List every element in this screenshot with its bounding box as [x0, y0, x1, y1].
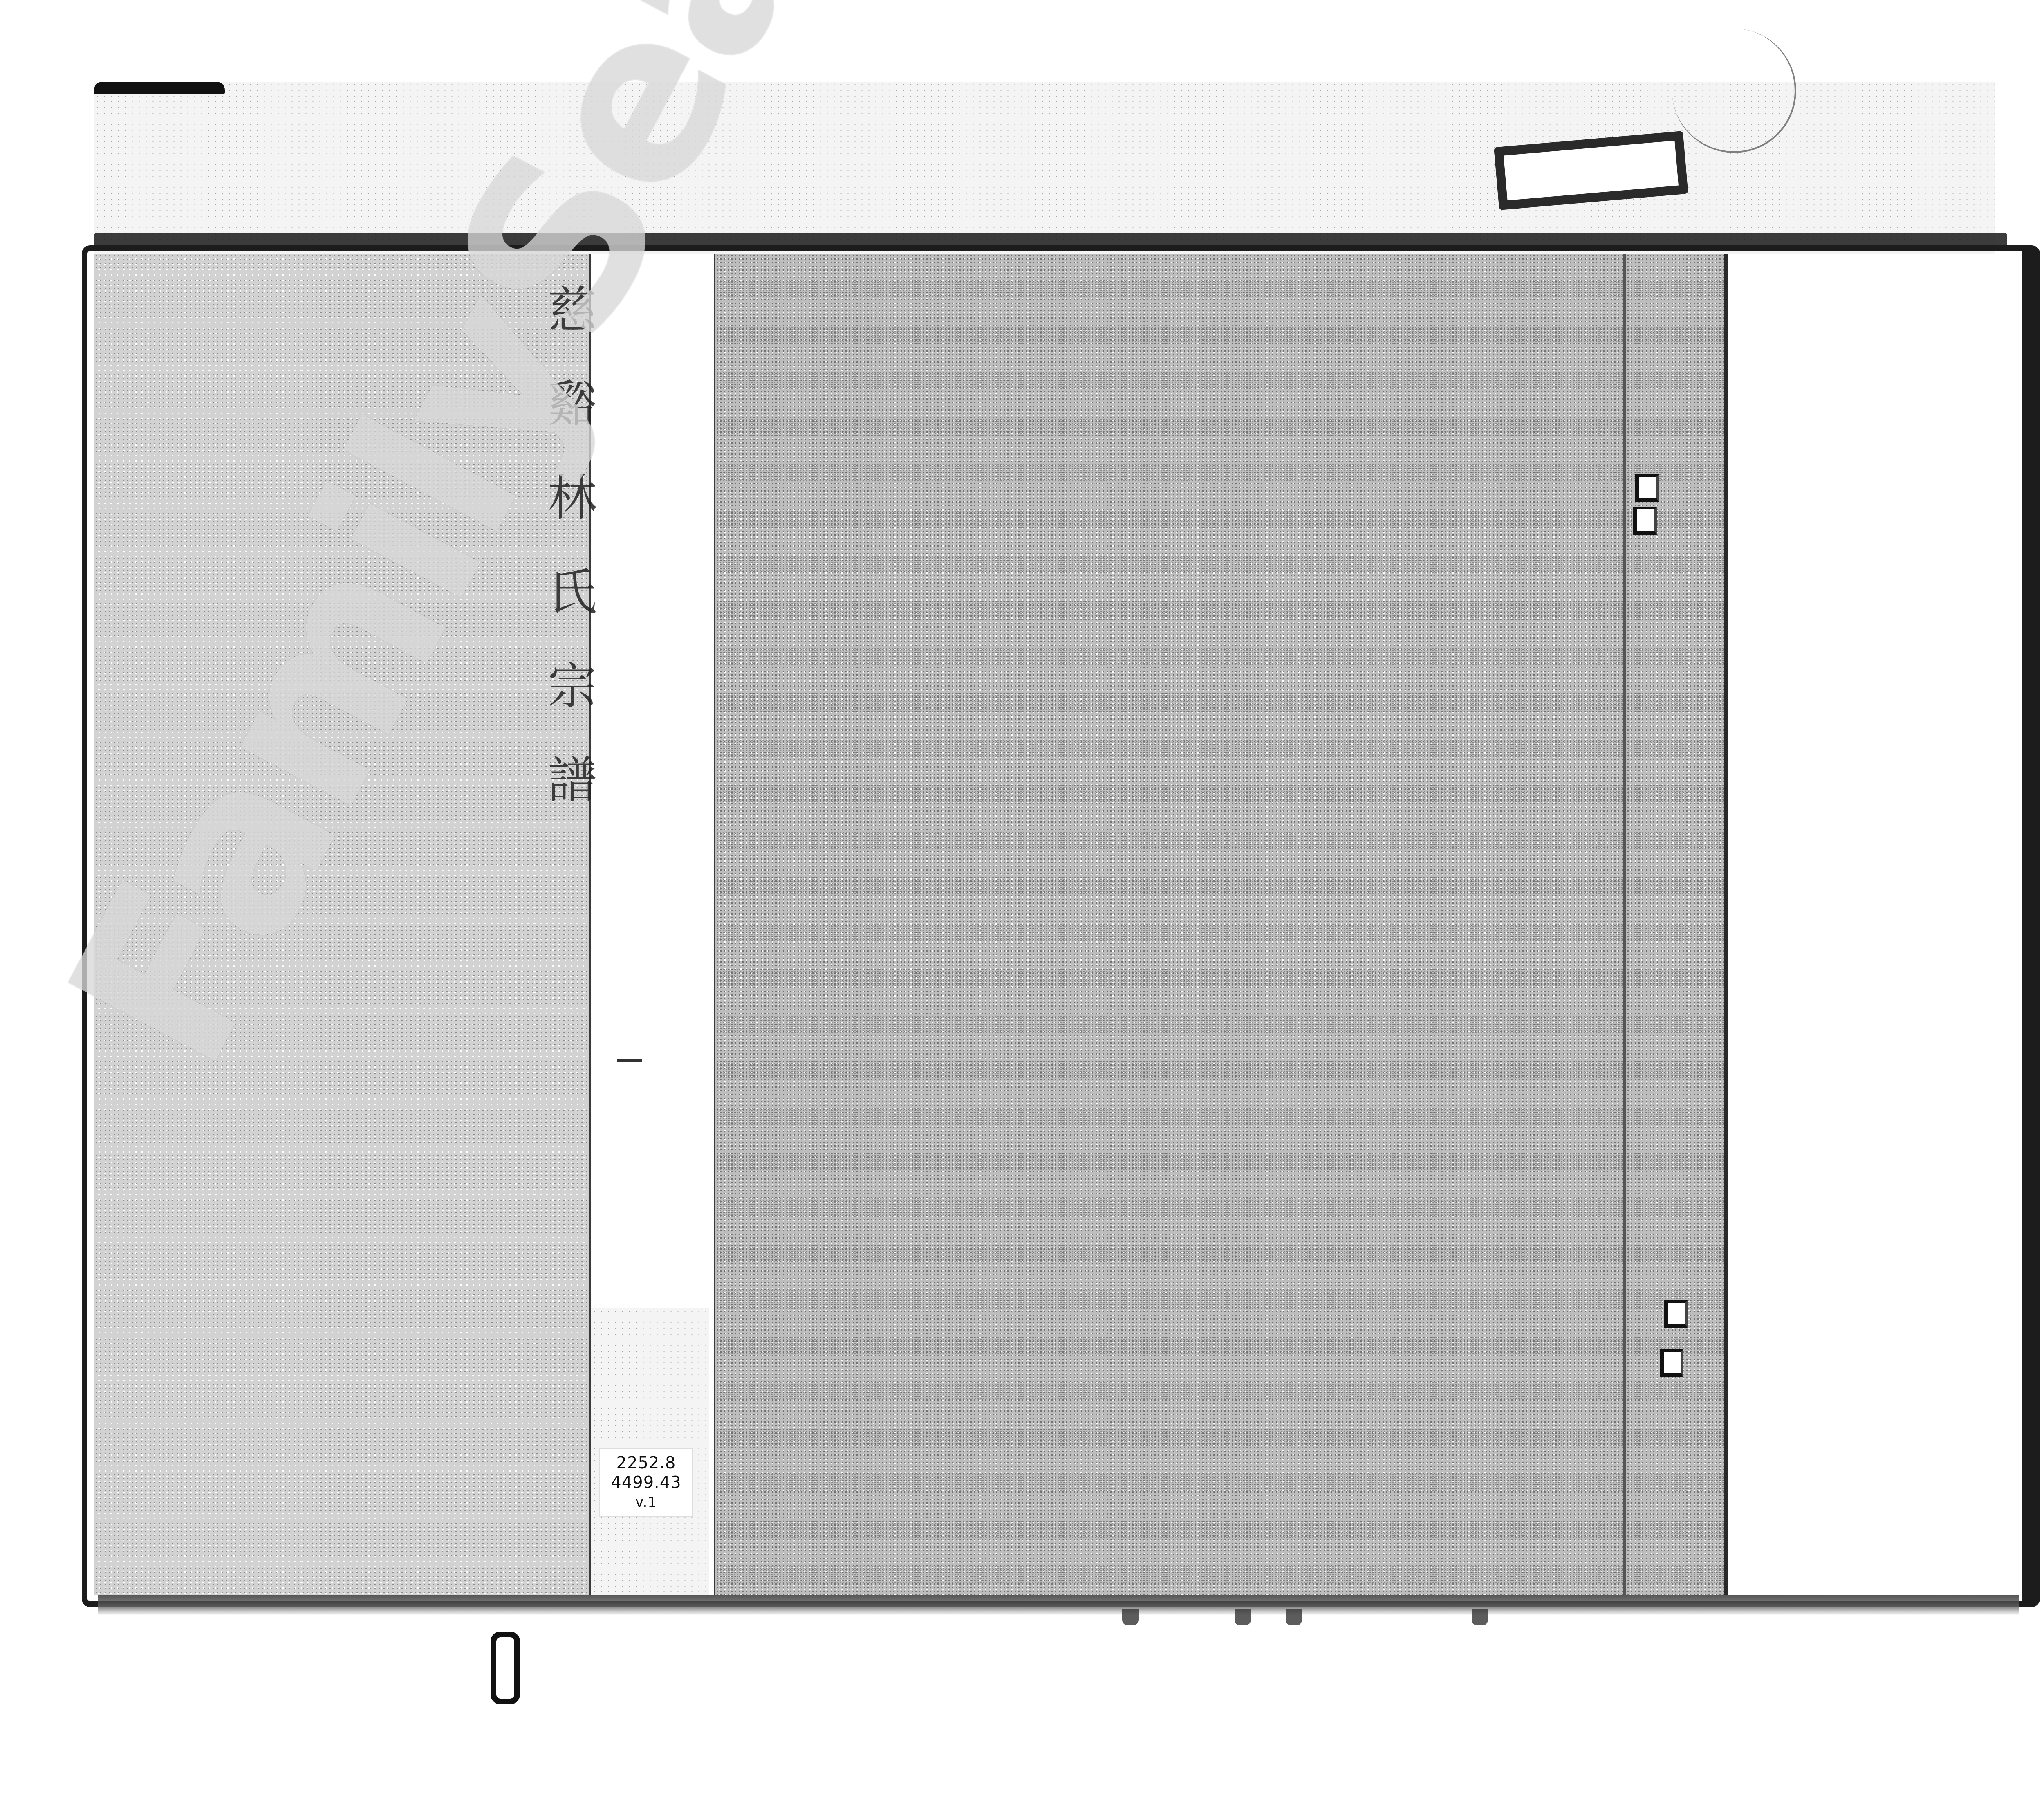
binding-clasp-icon — [1635, 474, 1659, 502]
binding-clasp-icon — [1633, 507, 1657, 535]
binding-string-loop — [491, 1632, 520, 1704]
call-number-line1: 2252.8 — [616, 1453, 676, 1473]
binding-clasp-icon — [1664, 1300, 1688, 1328]
call-number-volume: v.1 — [635, 1493, 657, 1512]
volume-number-mark — [617, 1059, 642, 1062]
bottom-nub — [1286, 1609, 1302, 1625]
call-number-label: 2252.8 4499.43 v.1 — [599, 1448, 693, 1517]
top-left-shadow — [94, 82, 225, 94]
bottom-nub — [1122, 1609, 1139, 1625]
bottom-edge-shadow — [98, 1595, 2019, 1615]
paper-crease-arc — [1672, 29, 1796, 153]
call-number-line2: 4499.43 — [611, 1473, 681, 1493]
title-char: 譜 — [548, 756, 597, 806]
binding-clasp-icon — [1660, 1349, 1683, 1377]
title-char: 宗 — [548, 662, 597, 711]
bottom-nub — [1472, 1609, 1488, 1625]
title-char: 氏 — [548, 568, 597, 617]
bottom-nub — [1235, 1609, 1251, 1625]
